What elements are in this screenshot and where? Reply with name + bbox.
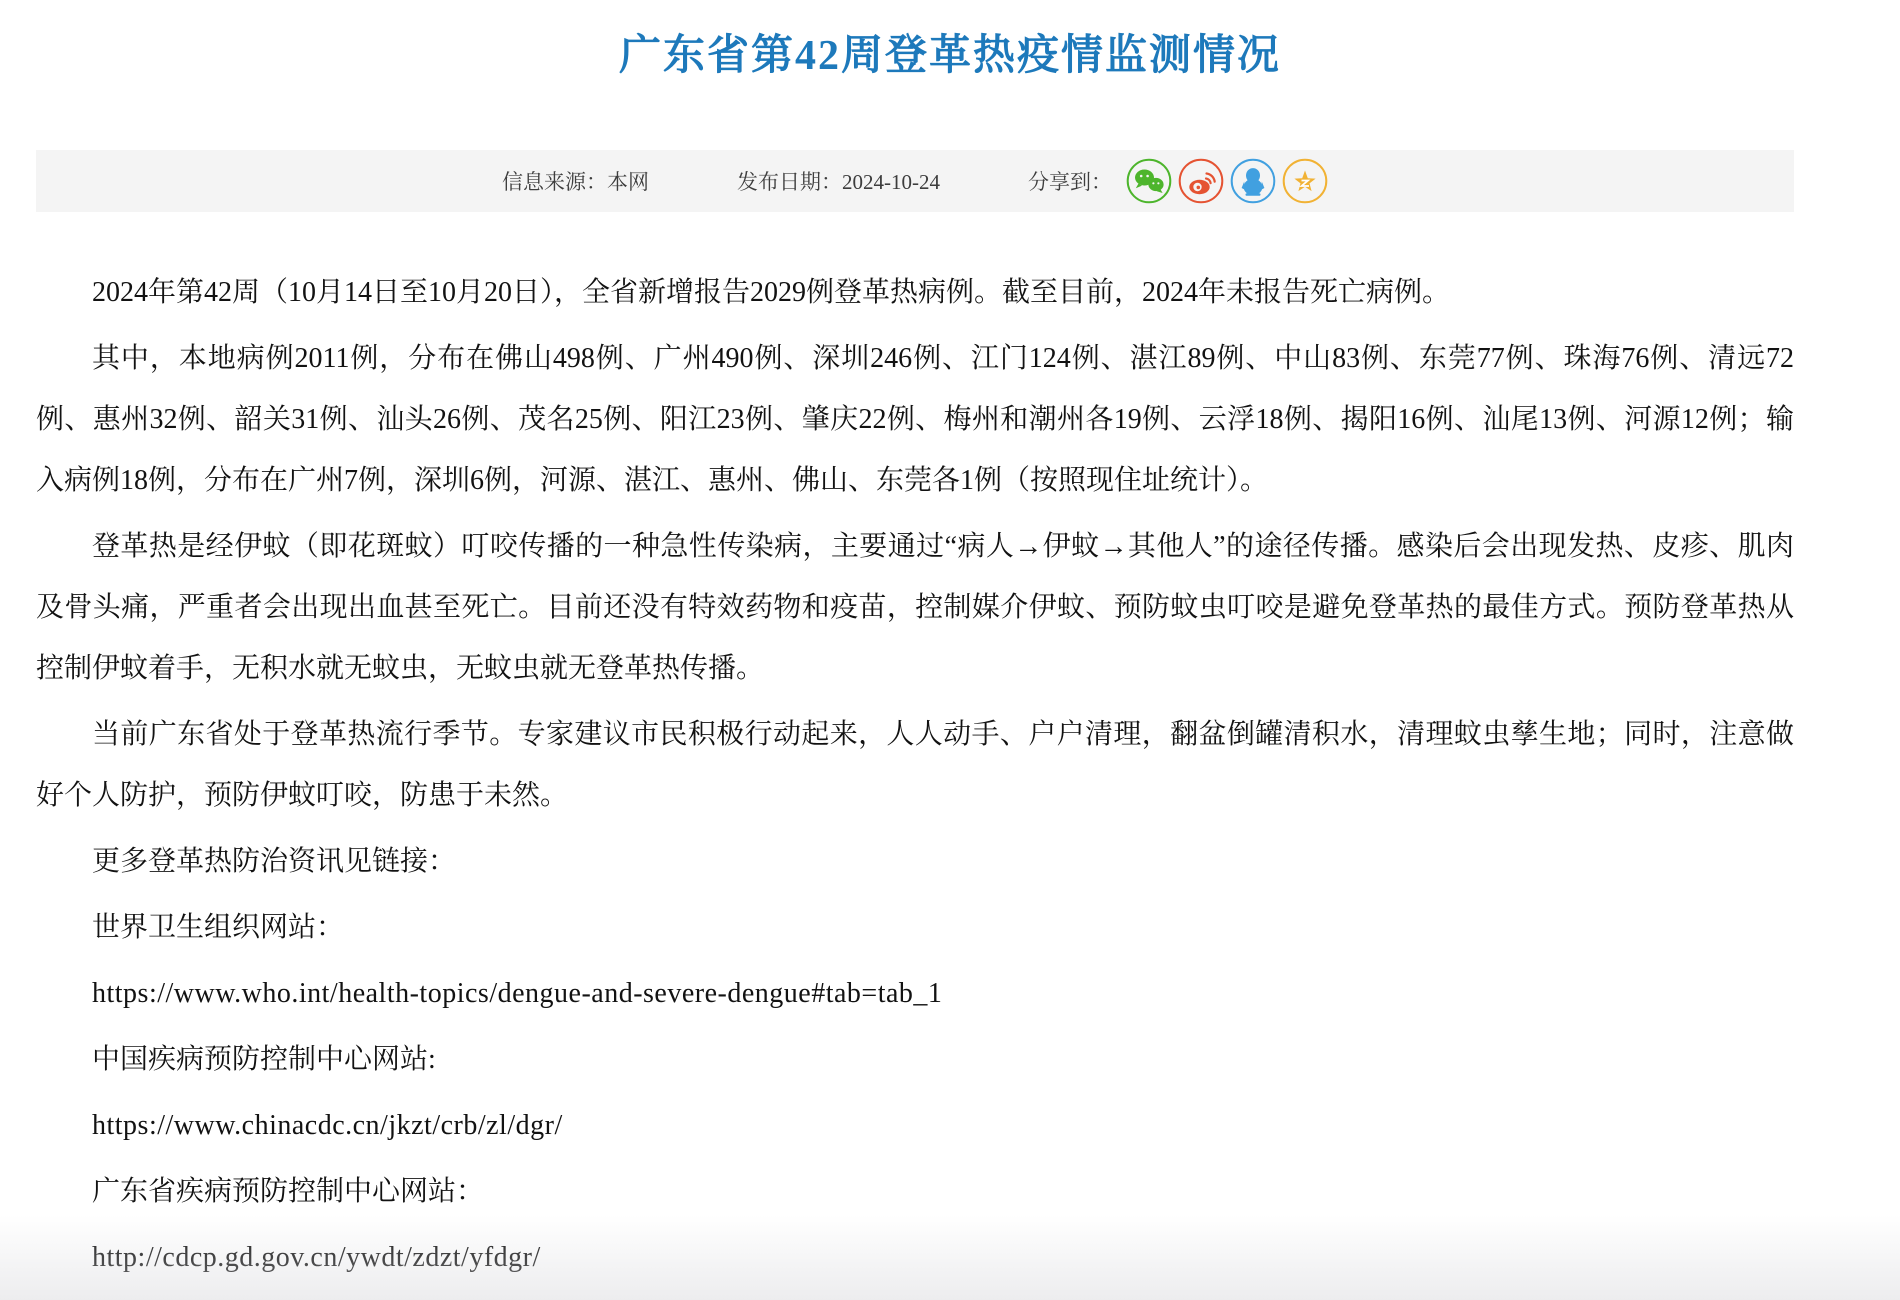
source-info: 信息来源：本网 [502, 166, 649, 196]
publish-date: 发布日期：2024-10-24 [737, 166, 940, 196]
paragraph-summary: 2024年第42周（10月14日至10月20日），全省新增报告2029例登革热病… [36, 262, 1794, 323]
gdcdc-site-label: 广东省疾病预防控制中心网站： [36, 1161, 1794, 1222]
page-title: 广东省第42周登革热疫情监测情况 [0, 0, 1900, 82]
weibo-icon [1178, 158, 1224, 204]
gdcdc-site-url: http://cdcp.gd.gov.cn/ywdt/zdzt/yfdgr/ [36, 1227, 1794, 1288]
share-group: 分享到： [1028, 158, 1328, 204]
paragraph-more-links: 更多登革热防治资讯见链接： [36, 831, 1794, 892]
paragraph-advice: 当前广东省处于登革热流行季节。专家建议市民积极行动起来，人人动手、户户清理，翻盆… [36, 704, 1794, 826]
share-label: 分享到： [1028, 166, 1112, 196]
share-qzone-button[interactable] [1282, 158, 1328, 204]
who-site-label: 世界卫生组织网站： [36, 897, 1794, 958]
share-qq-button[interactable] [1230, 158, 1276, 204]
paragraph-disease-info: 登革热是经伊蚊（即花斑蚊）叮咬传播的一种急性传染病，主要通过“病人→伊蚊→其他人… [36, 516, 1794, 699]
share-wechat-button[interactable] [1126, 158, 1172, 204]
source-value: 本网 [607, 170, 649, 194]
wechat-icon [1126, 158, 1172, 204]
chinacdc-site-label: 中国疾病预防控制中心网站: [36, 1029, 1794, 1090]
date-value: 2024-10-24 [842, 170, 940, 194]
article-page: 广东省第42周登革热疫情监测情况 信息来源：本网 发布日期：2024-10-24… [0, 0, 1900, 1300]
date-label: 发布日期： [737, 170, 842, 194]
chinacdc-site-url: https://www.chinacdc.cn/jkzt/crb/zl/dgr/ [36, 1095, 1794, 1156]
qq-icon [1230, 158, 1276, 204]
article-body: 2024年第42周（10月14日至10月20日），全省新增报告2029例登革热病… [36, 262, 1794, 1293]
meta-bar: 信息来源：本网 发布日期：2024-10-24 分享到： [36, 150, 1794, 212]
share-weibo-button[interactable] [1178, 158, 1224, 204]
source-label: 信息来源： [502, 170, 607, 194]
share-icons [1126, 158, 1328, 204]
paragraph-case-distribution: 其中，本地病例2011例，分布在佛山498例、广州490例、深圳246例、江门1… [36, 328, 1794, 511]
qzone-star-icon [1282, 158, 1328, 204]
who-site-url: https://www.who.int/health-topics/dengue… [36, 963, 1794, 1024]
